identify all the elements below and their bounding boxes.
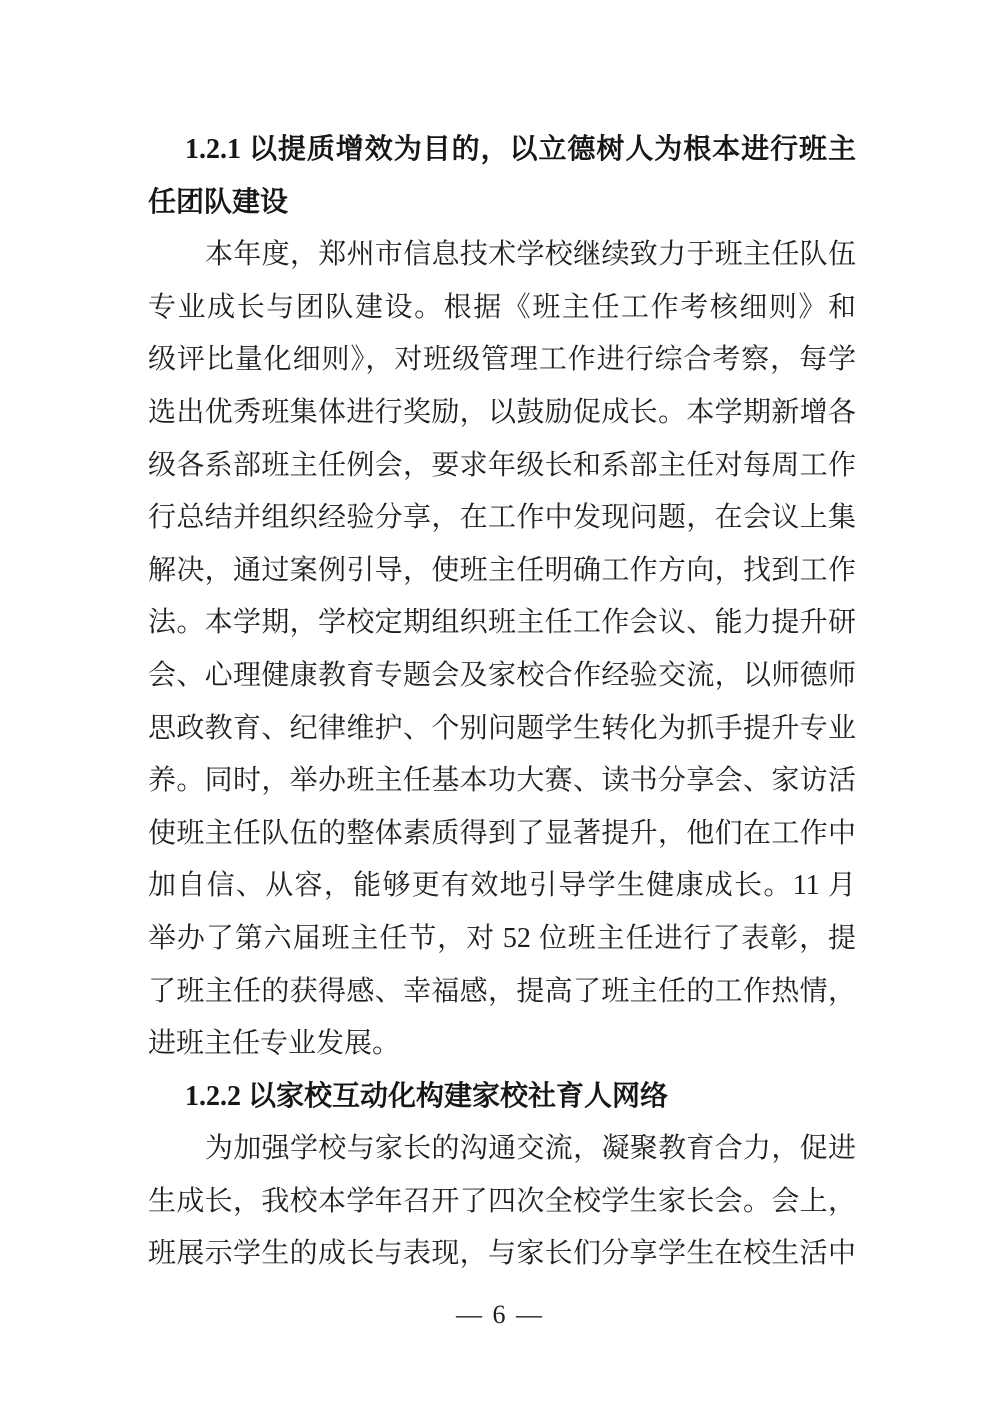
body-text-line: 本年度，郑州市信息技术学校继续致力于班主任队伍的 — [148, 229, 856, 282]
body-text-line: 班展示学生的成长与表现，与家长们分享学生在校生活中的 — [148, 1228, 856, 1281]
body-text-line: 解决，通过案例引导，使班主任明确工作方向，找到工作方 — [148, 545, 856, 598]
page-number: — 6 — — [0, 1300, 1000, 1330]
body-text-line: 级评比量化细则》，对班级管理工作进行综合考察，每学期 — [148, 334, 856, 387]
body-text-line: 选出优秀班集体进行奖励，以鼓励促成长。本学期新增各年 — [148, 387, 856, 440]
body-text-line: 生成长，我校本学年召开了四次全校学生家长会。会上，各 — [148, 1176, 856, 1229]
document-page: 1.2.1 以提质增效为目的，以立德树人为根本进行班主任团队建设本年度，郑州市信… — [0, 0, 1000, 1414]
body-text-line: 法。本学期，学校定期组织班主任工作会议、能力提升研讨 — [148, 597, 856, 650]
body-text-line: 思政教育、纪律维护、个别问题学生转化为抓手提升专业素 — [148, 703, 856, 756]
heading-line: 1.2.2 以家校互动化构建家校社育人网络 — [148, 1071, 856, 1124]
body-text-line: 专业成长与团队建设。根据《班主任工作考核细则》和《班 — [148, 282, 856, 335]
body-text-line: 级各系部班主任例会，要求年级长和系部主任对每周工作进 — [148, 440, 856, 493]
body-text-line: 举办了第六届班主任节，对 52 位班主任进行了表彰，提升 — [148, 913, 856, 966]
body-text-line: 进班主任专业发展。 — [148, 1018, 856, 1071]
page-body: 1.2.1 以提质增效为目的，以立德树人为根本进行班主任团队建设本年度，郑州市信… — [148, 124, 856, 1281]
body-text-line: 使班主任队伍的整体素质得到了显著提升，他们在工作中更 — [148, 808, 856, 861]
body-text-line: 加自信、从容，能够更有效地引导学生健康成长。11 月 15 — [148, 860, 856, 913]
body-text-line: 行总结并组织经验分享，在工作中发现问题，在会议上集中 — [148, 492, 856, 545]
body-text-line: 会、心理健康教育专题会及家校合作经验交流，以师德师风、 — [148, 650, 856, 703]
heading-line: 1.2.1 以提质增效为目的，以立德树人为根本进行班主 — [148, 124, 856, 177]
body-text-line: 养。同时，举办班主任基本功大赛、读书分享会、家访活动， — [148, 755, 856, 808]
body-text-line: 了班主任的获得感、幸福感，提高了班主任的工作热情，促 — [148, 966, 856, 1019]
heading-line: 任团队建设 — [148, 177, 856, 230]
body-text-line: 为加强学校与家长的沟通交流，凝聚教育合力，促进学 — [148, 1123, 856, 1176]
